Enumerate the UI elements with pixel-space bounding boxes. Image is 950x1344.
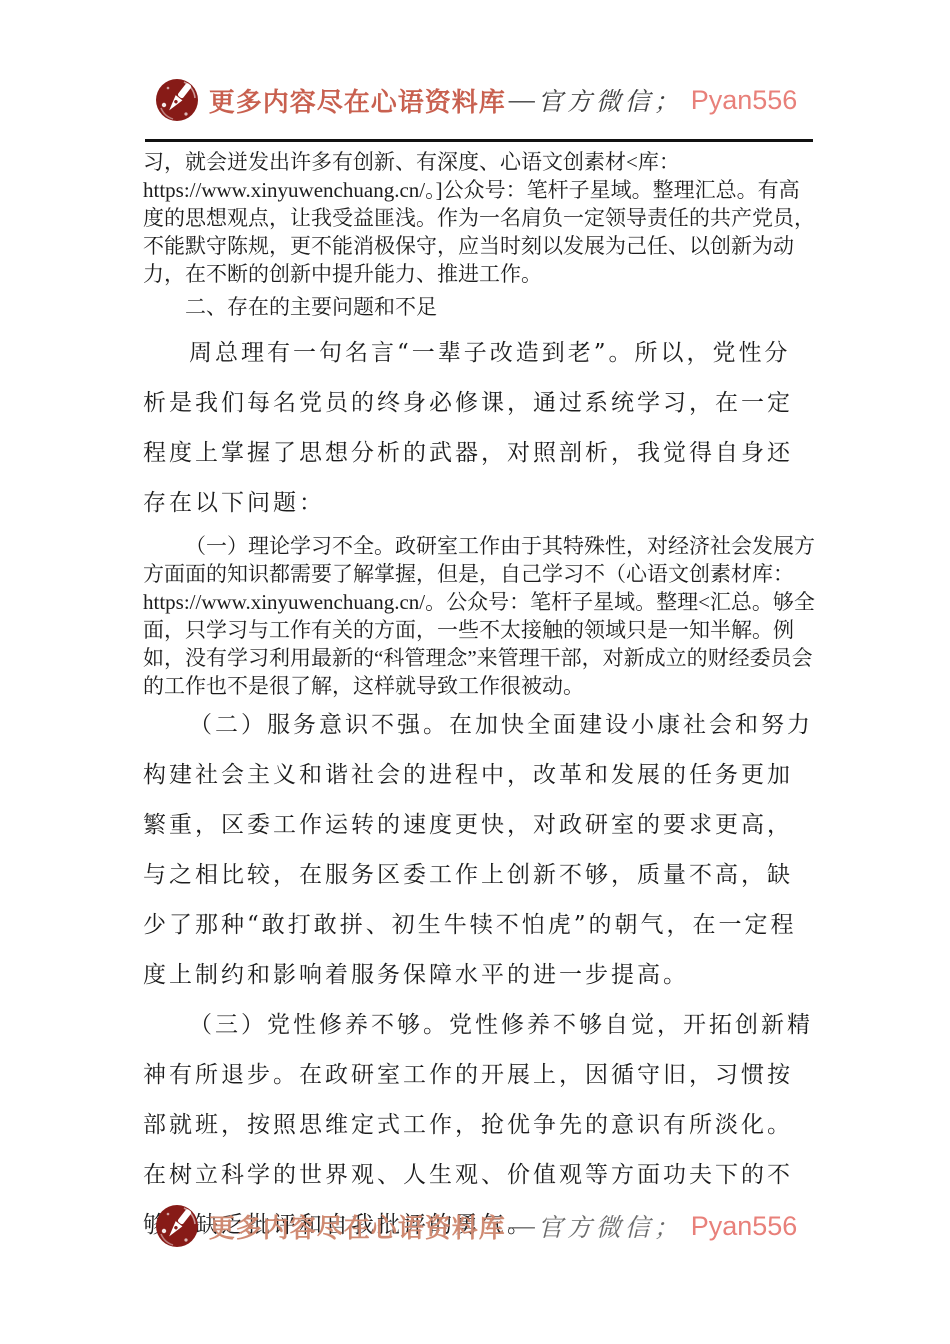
brand-text: 更多内容尽在心语资料库 — [209, 1208, 506, 1245]
document-body: 习，就会迸发出许多有创新、有深度、心语文创素材<库：https://www.xi… — [143, 148, 815, 1250]
dash-separator: — — [509, 1211, 535, 1241]
section-heading: 二、存在的主要问题和不足 — [143, 292, 815, 322]
wechat-label: 官方微信； — [538, 82, 683, 118]
paragraph-continuation: 习，就会迸发出许多有创新、有深度、心语文创素材<库：https://www.xi… — [143, 148, 815, 288]
wechat-id: Pyan556 — [691, 85, 798, 116]
paragraph-problem-2: （二）服务意识不强。在加快全面建设小康社会和努力构建社会主义和谐社会的进程中，改… — [143, 700, 815, 1000]
document-page: 更多内容尽在心语资料库 — 官方微信； Pyan556 习，就会迸发出许多有创新… — [0, 0, 950, 1344]
brand-text: 更多内容尽在心语资料库 — [209, 82, 506, 119]
dash-separator: — — [509, 85, 535, 115]
header-watermark: 更多内容尽在心语资料库 — 官方微信； Pyan556 — [0, 76, 950, 124]
footer-watermark: 更多内容尽在心语资料库 — 官方微信； Pyan556 — [0, 1202, 950, 1250]
header-divider-rule — [145, 139, 813, 142]
wechat-label: 官方微信； — [538, 1208, 683, 1244]
paragraph-problem-1: （一）理论学习不全。政研室工作由于其特殊性，对经济社会发展方方面面的知识都需要了… — [143, 532, 815, 700]
paragraph-intro: 周总理有一句名言“一辈子改造到老”。所以，党性分析是我们每名党员的终身必修课，通… — [143, 328, 815, 528]
wechat-id: Pyan556 — [691, 1211, 798, 1242]
pen-seal-logo-icon — [153, 1202, 201, 1250]
pen-seal-logo-icon — [153, 76, 201, 124]
